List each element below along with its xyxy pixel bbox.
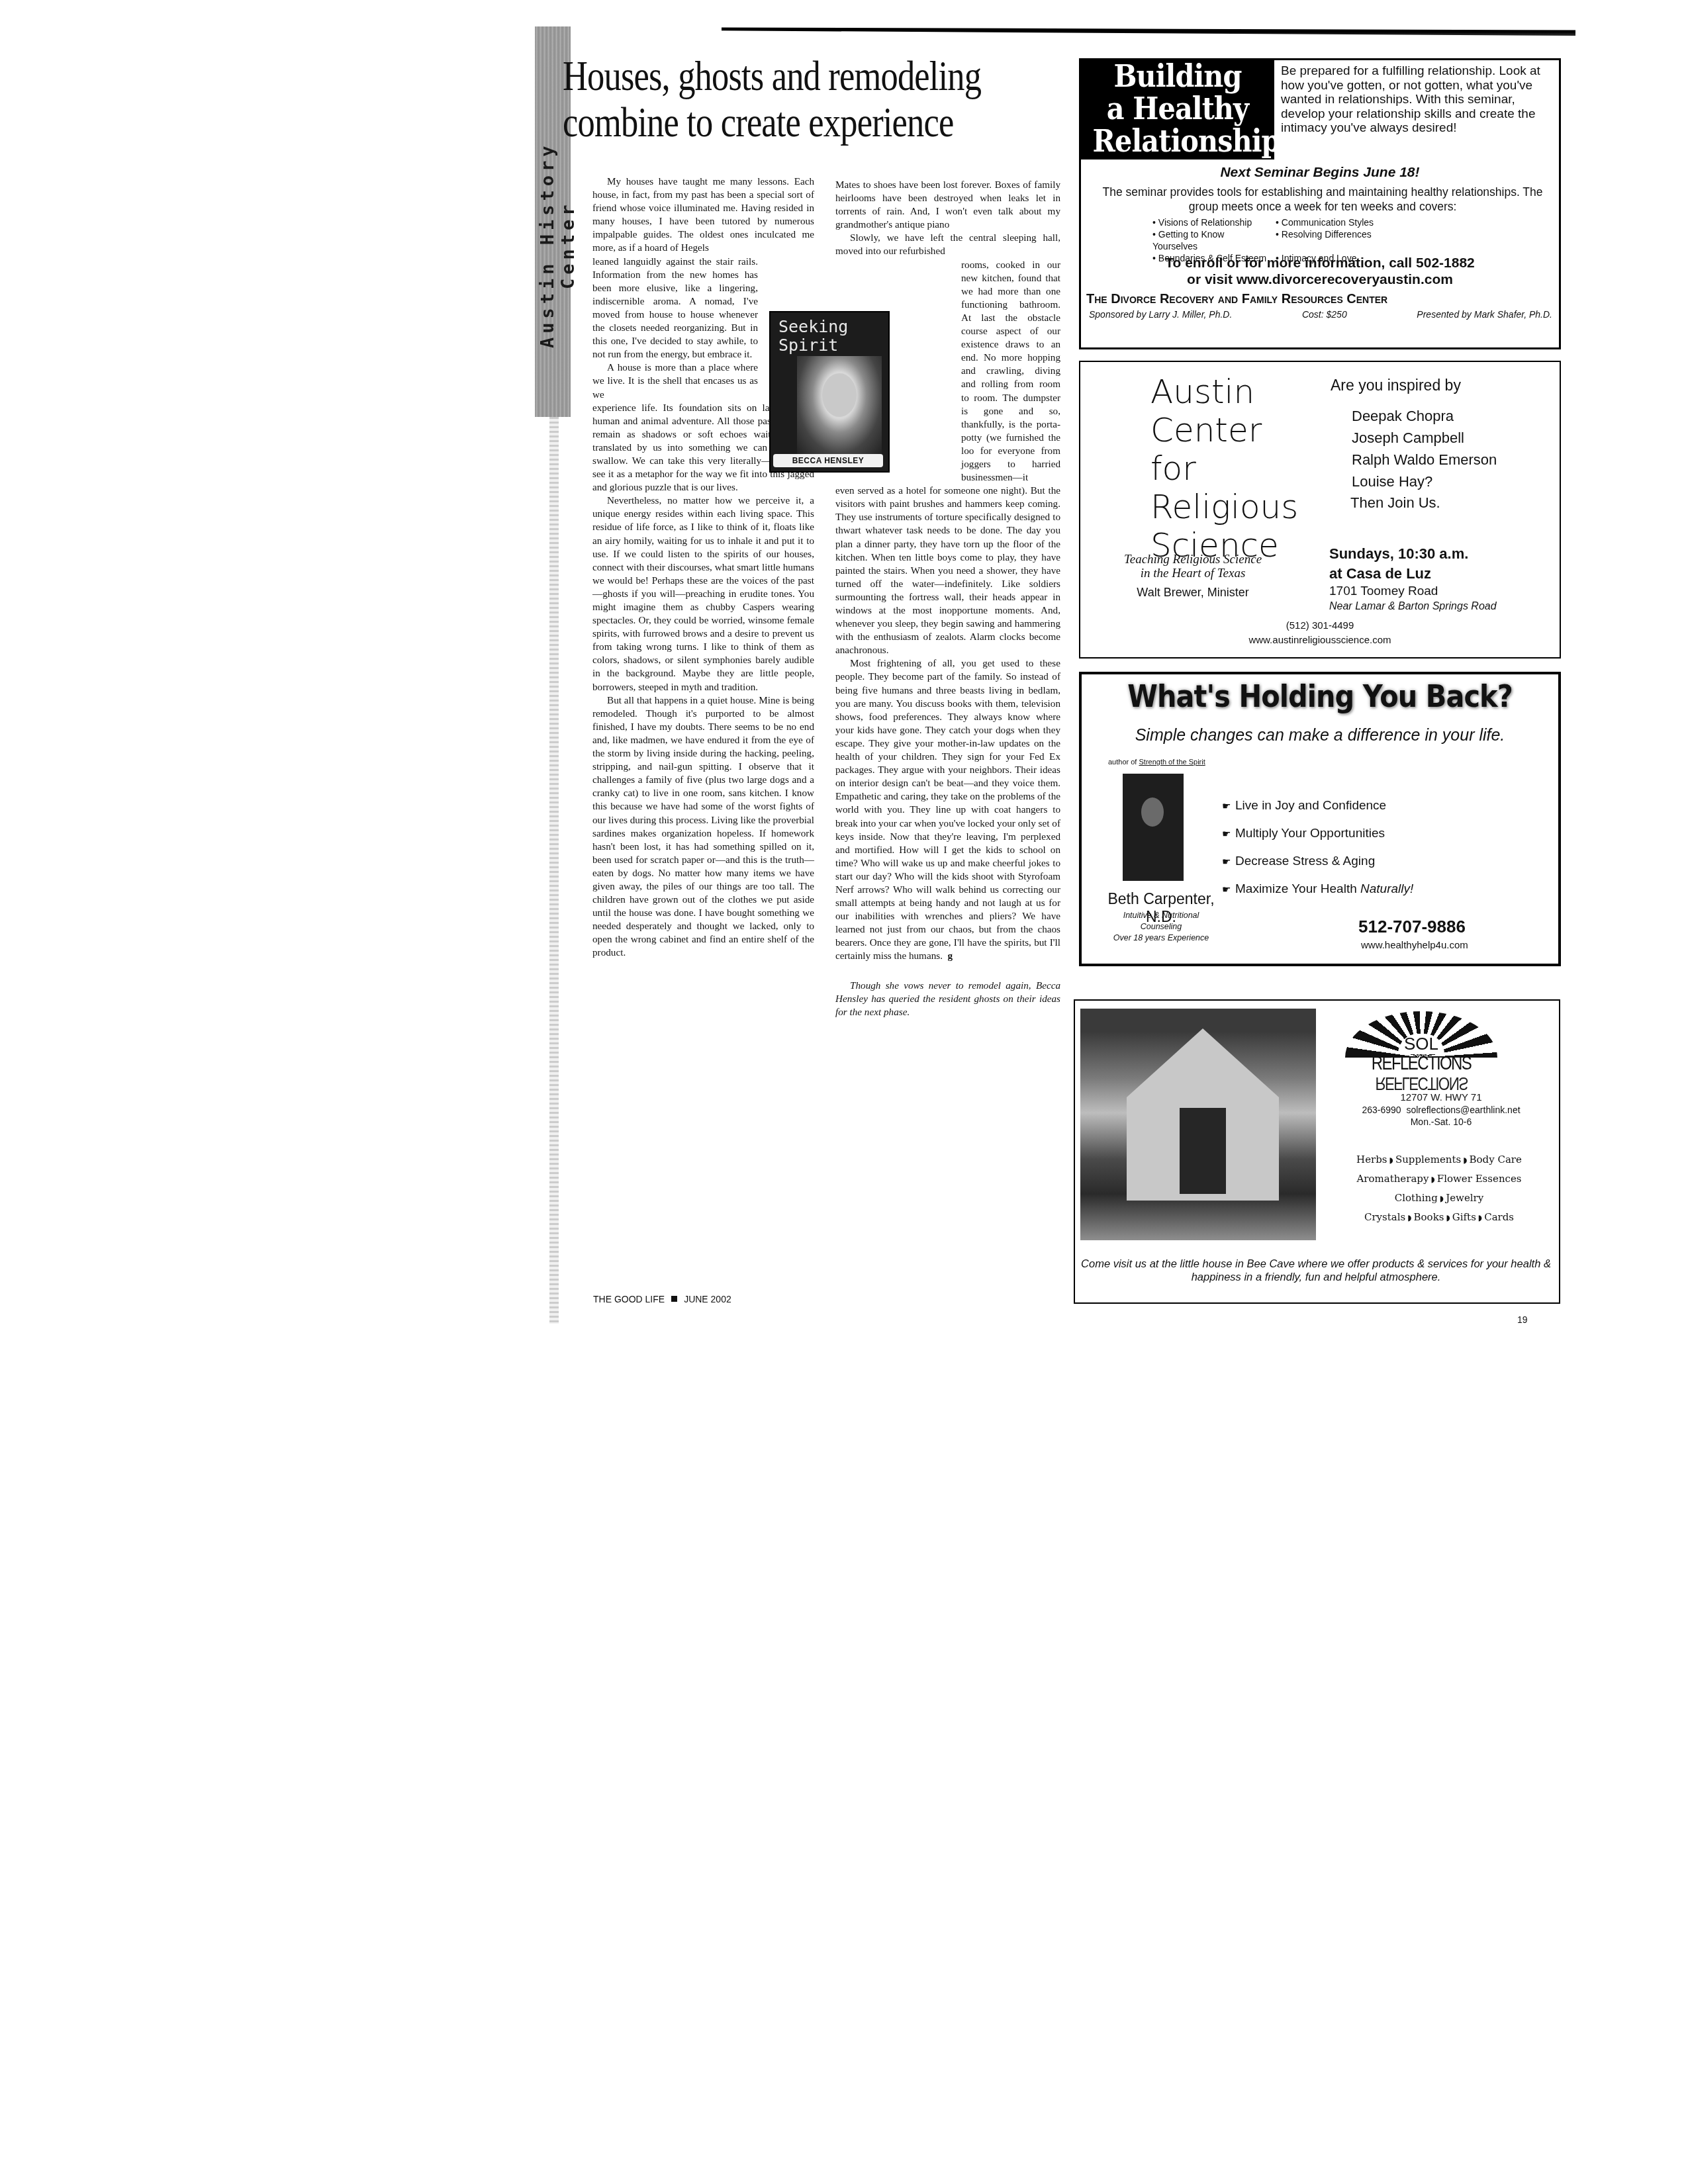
paragraph: rooms, cooked in our new kitchen, found … — [961, 259, 1060, 485]
website: www.austinreligiousscience.com — [1080, 633, 1560, 648]
separator-icon: ◗ — [1440, 1189, 1444, 1208]
inspiration-question: Are you inspired by — [1331, 377, 1461, 394]
inspiration-names: Deepak Chopra Joseph Campbell Ralph Wald… — [1352, 405, 1497, 492]
article-column-2: Mates to shoes have been lost forever. B… — [835, 179, 1060, 1019]
website: www.healthyhelp4u.com — [1361, 940, 1468, 951]
seminar-description: The seminar provides tools for establish… — [1094, 185, 1551, 214]
ad-religious-science: Austin Center for Religious Science Teac… — [1079, 361, 1561, 659]
storefront-photo — [1080, 1009, 1316, 1240]
benefit-item: ☛Live in Joy and Confidence — [1222, 792, 1413, 820]
issue-date: JUNE 2002 — [684, 1294, 731, 1304]
ad-sol-reflections: SOL REFLECTIONS REFLECTIONS 12707 W. HWY… — [1074, 999, 1560, 1304]
end-mark-icon: g — [948, 950, 953, 962]
page-number: 19 — [1517, 1314, 1528, 1325]
paragraph: leaned languidly against the stair rails… — [592, 255, 758, 362]
product-line: Clothing◗Jewelry — [1327, 1189, 1552, 1208]
phone: 263-6990 — [1362, 1105, 1401, 1115]
headline-line-2: combine to create experience — [563, 99, 975, 146]
store-info: 12707 W. HWY 71 263-6990 solreflections@… — [1332, 1092, 1550, 1128]
center-contact: (512) 301-4499 www.austinreligiousscienc… — [1080, 619, 1560, 648]
separator-icon: ◗ — [1430, 1170, 1434, 1189]
product-list: Herbs◗Supplements◗Body Care Aromatherapy… — [1327, 1150, 1552, 1227]
presenter: Presented by Mark Shafer, Ph.D. — [1417, 309, 1552, 320]
center-tagline: Teaching Religious Science in the Heart … — [1094, 553, 1292, 580]
separator-icon: ◗ — [1446, 1208, 1450, 1227]
ad-healthy-relationship: Building a Healthy Relationship Be prepa… — [1079, 58, 1561, 349]
logo-sol: SOL — [1398, 1034, 1444, 1054]
paragraph: Most frightening of all, you get used to… — [835, 657, 1060, 963]
phone: (512) 301-4499 — [1080, 619, 1560, 633]
store-tagline: Come visit us at the little house in Bee… — [1079, 1257, 1553, 1284]
store-logo: SOL REFLECTIONS REFLECTIONS — [1345, 1011, 1497, 1083]
headline-line-1: Houses, ghosts and remodeling — [563, 53, 975, 99]
author-bio: Though she vows never to remodel again, … — [835, 979, 1060, 1019]
counselor-credentials: Intuitive & Nutritional Counseling Over … — [1095, 910, 1227, 944]
door-shape — [1180, 1108, 1226, 1194]
benefit-list: ☛Live in Joy and Confidence ☛Multiply Yo… — [1222, 792, 1413, 903]
separator-icon: ◗ — [1407, 1208, 1411, 1227]
ad-credits: Sponsored by Larry J. Miller, Ph.D. Cost… — [1089, 309, 1552, 320]
ad-holding-you-back: What's Holding You Back? Simple changes … — [1079, 672, 1561, 966]
product-line: Herbs◗Supplements◗Body Care — [1327, 1150, 1552, 1169]
topic-item: Communication Styles — [1276, 216, 1421, 228]
ad-intro: Be prepared for a fulfilling relationshi… — [1281, 64, 1552, 136]
separator-icon: ◗ — [1478, 1208, 1482, 1227]
square-bullet-icon — [671, 1296, 677, 1302]
logo-name: REFLECTIONS — [1360, 1054, 1482, 1073]
benefit-item: ☛Decrease Stress & Aging — [1222, 848, 1413, 876]
separator-icon: ◗ — [1389, 1151, 1393, 1169]
paragraph: A house is more than a place where we li… — [592, 361, 758, 401]
book-title: Strength of the Spirit — [1139, 758, 1205, 766]
paragraph: But all that happens in a quiet house. M… — [592, 694, 814, 960]
separator-icon: ◗ — [1463, 1151, 1467, 1169]
benefit-item: ☛Multiply Your Opportunities — [1222, 820, 1413, 848]
pointing-hand-icon: ☛ — [1222, 876, 1235, 903]
top-rule — [722, 26, 1575, 36]
scan-edge — [549, 417, 559, 1324]
paragraph: Nevertheless, no matter how we perceive … — [592, 494, 814, 694]
benefit-item: ☛Maximize Your Health Naturally! — [1222, 876, 1413, 903]
invitation: Then Join Us. — [1350, 494, 1440, 512]
paragraph: Slowly, we have left the central sleepin… — [835, 232, 1060, 258]
article-column-1: My houses have taught me many lessons. E… — [592, 175, 814, 960]
address: 12707 W. HWY 71 — [1332, 1092, 1550, 1104]
hours: Mon.-Sat. 10-6 — [1332, 1116, 1550, 1128]
center-logo: Austin Center for Religious Science — [1150, 373, 1298, 565]
counselor-photo — [1123, 774, 1184, 881]
email: solreflections@earthlink.net — [1406, 1105, 1520, 1115]
paragraph: Mates to shoes have been lost forever. B… — [835, 179, 1060, 232]
topic-item: Getting to Know Yourselves — [1152, 228, 1272, 252]
product-line: Crystals◗Books◗Gifts◗Cards — [1327, 1208, 1552, 1227]
ad-title-block: Building a Healthy Relationship — [1081, 60, 1274, 159]
book-credit: author of Strength of the Spirit — [1108, 758, 1205, 766]
minister: Walt Brewer, Minister — [1094, 586, 1292, 600]
product-line: Aromatherapy◗Flower Essences — [1327, 1169, 1552, 1189]
pointing-hand-icon: ☛ — [1222, 848, 1235, 876]
ad-subtitle: Simple changes can make a difference in … — [1082, 726, 1558, 745]
topic-item: Visions of Relationship — [1152, 216, 1272, 228]
logo-name-reflection: REFLECTIONS — [1360, 1075, 1482, 1092]
service-time: Sundays, 10:30 a.m. at Casa de Luz — [1329, 544, 1468, 584]
magazine-page: Austin History Center Houses, ghosts and… — [530, 20, 1575, 1324]
service-address: 1701 Toomey Road Near Lamar & Barton Spr… — [1329, 584, 1497, 614]
cost: Cost: $250 — [1302, 309, 1347, 320]
pointing-hand-icon: ☛ — [1222, 793, 1235, 820]
paragraph: My houses have taught me many lessons. E… — [592, 175, 814, 255]
organization-name: The Divorce Recovery and Family Resource… — [1086, 292, 1550, 307]
ad-title: What's Holding You Back? — [1105, 678, 1534, 714]
article-headline: Houses, ghosts and remodeling combine to… — [563, 53, 975, 146]
ad-call-to-action: To enroll or for more information, call … — [1081, 255, 1559, 288]
topic-item: Resolving Differences — [1276, 228, 1421, 252]
publication-name: THE GOOD LIFE — [593, 1294, 665, 1304]
page-footer: THE GOOD LIFEJUNE 2002 — [593, 1294, 731, 1304]
paragraph: even served as a hotel for someone one n… — [835, 484, 1060, 657]
seminar-date: Next Seminar Begins June 18! — [1081, 165, 1559, 181]
pointing-hand-icon: ☛ — [1222, 821, 1235, 848]
phone: 512-707-9886 — [1358, 917, 1466, 937]
sponsor: Sponsored by Larry J. Miller, Ph.D. — [1089, 309, 1232, 320]
